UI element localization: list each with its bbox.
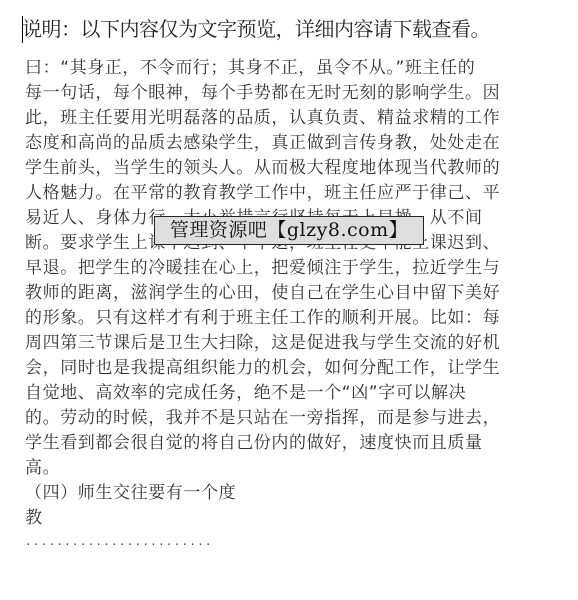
body-line: 学生看到都会很自觉的将自己份内的做好，速度快而且质量: [25, 431, 555, 456]
body-line: 会，同时也是我提高组织能力的机会，如何分配工作，让学生: [25, 356, 555, 381]
body-line: 学生前头，当学生的领头人。从而极大程度地体现当代教师的: [25, 156, 555, 181]
body-line: 人格魅力。在平常的教育教学工作中，班主任应严于律己、平: [25, 181, 555, 206]
body-line: 此，班主任要用光明磊落的品质，认真负责、精益求精的工作: [25, 106, 555, 131]
watermark-banner: 管理资源吧【glzy8.com】: [154, 216, 424, 245]
body-line: 态度和高尚的品质去感染学生，真正做到言传身教，处处走在: [25, 131, 555, 156]
section-heading: （四）师生交往要有一个度: [25, 481, 555, 506]
body-line: 的。劳动的时候，我并不是只站在一旁指挥，而是参与进去，: [25, 406, 555, 431]
body-line: 自觉地、高效率的完成任务，绝不是一个“凶”字可以解决: [25, 381, 555, 406]
body-line: 周四第三节课后是卫生大扫除，这是促进我与学生交流的好机: [25, 331, 555, 356]
body-line: 早退。把学生的冷暖挂在心上，把爱倾注于学生，拉近学生与: [25, 256, 555, 281]
preview-notice: 说明：以下内容仅为文字预览，详细内容请下载查看。: [22, 14, 490, 44]
body-line: 每一句话，每个眼神，每个手势都在无时无刻的影响学生。因: [25, 81, 555, 106]
body-line: 曰：“其身正，不令而行；其身不正，虽令不从。”班主任的: [25, 56, 555, 81]
body-line: 的形象。只有这样才有利于班主任工作的顺利开展。比如：每: [25, 306, 555, 331]
truncation-ellipsis: ························: [25, 538, 213, 551]
document-body: 曰：“其身正，不令而行；其身不正，虽令不从。”班主任的 每一句话，每个眼神，每个…: [25, 56, 555, 531]
body-line: 教师的距离，滋润学生的心田，使自己在学生心目中留下美好: [25, 281, 555, 306]
body-line: 高。: [25, 456, 555, 481]
body-line: 教: [25, 506, 555, 531]
